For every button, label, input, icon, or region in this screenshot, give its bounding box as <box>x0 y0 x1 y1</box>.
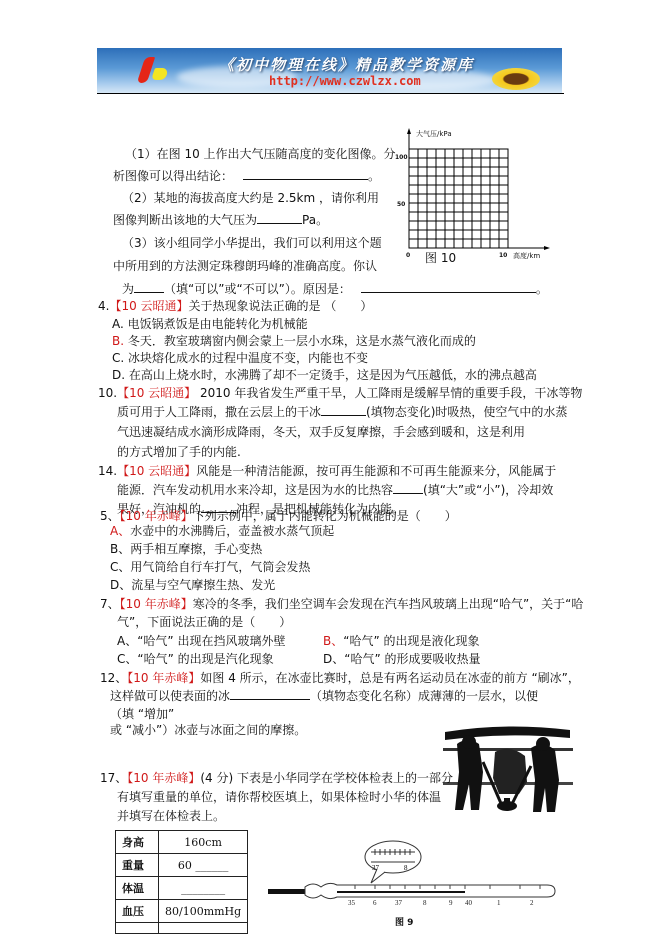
q12-line3: （填 “增加” <box>110 706 174 722</box>
q7-option-b[interactable]: B、“哈气” 的出现是液化现象 <box>323 633 479 649</box>
q17-line3: 并填写在体检表上。 <box>117 808 225 824</box>
q5-option-d[interactable]: D、流星与空气摩擦生热、发光 <box>110 577 275 593</box>
thermometer-icon: 37 8 35 6 37 8 9 40 1 2 <box>265 835 565 935</box>
x-tick-0: 0 <box>406 252 410 259</box>
table-row: 体温 ________ <box>116 877 248 900</box>
sunflower-icon <box>492 68 540 90</box>
table-row: 身高 160cm <box>116 831 248 854</box>
row-value: 160cm <box>159 831 248 854</box>
q4-option-c[interactable]: C. 冰块熔化成水的过程中温度不变，内能也不变 <box>112 350 368 366</box>
answer-blank[interactable] <box>321 404 366 416</box>
q7-source: 【10 年赤峰】 <box>120 597 193 611</box>
q10-line4: 的方式增加了手的内能. <box>117 444 241 460</box>
banner-url[interactable]: http://www.czwlzx.com <box>269 74 421 88</box>
q14-line2: 能源．汽车发动机用水来冷却，这是因为水的比热容(填“大”或“小”)，冷却效 <box>117 482 553 498</box>
q7-option-a[interactable]: A、“哈气” 出现在挡风玻璃外壁 <box>117 633 285 649</box>
q7-line1: 7、【10 年赤峰】寒冷的冬季，我们坐空调车会发现在汽车挡风玻璃上出现“哈气”，… <box>100 596 583 612</box>
chart-grid <box>395 125 560 265</box>
table-row <box>116 923 248 934</box>
q-air-p2-line2: 图像判断出该地的大气压为Pa。 <box>113 212 328 228</box>
q17-line1: 17、【10 年赤峰】(4 分) 下表是小华同学在学校体检表上的一部分 <box>100 770 453 786</box>
table-row: 重量 60 ______ <box>116 854 248 877</box>
q4-stem: 4.【10 云昭通】关于热现象说法正确的是 （ ） <box>98 298 372 314</box>
q4-option-d[interactable]: D. 在高山上烧水时，水沸腾了却不一定烫手，这是因为气压越低，水的沸点越高 <box>112 367 537 383</box>
y-tick-50: 50 <box>397 201 405 208</box>
thermo-label: 37 <box>395 899 403 907</box>
q4-option-b[interactable]: B. 冬天．教室玻璃窗内侧会蒙上一层小水珠，这是水蒸气液化而成的 <box>112 333 476 349</box>
q12-line1: 12、【10 年赤峰】如图 4 所示，在冰壶比赛时，总是有两名运动员在冰壶的前方… <box>100 670 580 686</box>
thermo-label: 40 <box>465 899 473 907</box>
row-label: 身高 <box>116 831 159 854</box>
q-air-p3-line1: （3）该小组同学小华提出，我们可以利用这个题 <box>122 235 382 251</box>
x-tick-10: 10 <box>499 252 507 259</box>
table-row: 血压 80/100mmHg <box>116 900 248 923</box>
q7-option-c[interactable]: C、“哈气” 的出现是汽化现象 <box>117 651 274 667</box>
zoom-label-8: 8 <box>404 864 408 872</box>
q10-source: 【10 云昭通】 <box>117 386 196 400</box>
q5-option-b[interactable]: B、两手相互摩擦，手心变热 <box>110 541 262 557</box>
q-air-p2-line1: （2）某地的海拔高度大约是 2.5km ，请你利用 <box>122 190 379 206</box>
figure-caption: 图 9 <box>395 915 413 928</box>
thermo-label: 8 <box>423 899 427 907</box>
logo-accent-icon <box>151 68 169 80</box>
body-temp-field[interactable]: ________ <box>159 877 248 900</box>
y-axis-label: 大气压/kPa <box>416 129 452 139</box>
q5-option-c[interactable]: C、用气筒给自行车打气，气筒会发热 <box>110 559 310 575</box>
q7-line2: 气”，下面说法正确的是（ ） <box>117 614 291 630</box>
q17-line2: 有填写重量的单位，请你帮校医填上，如果体检时小华的体温 <box>117 789 441 805</box>
q-air-p1-line1: （1）在图 10 上作出大气压随高度的变化图像。分 <box>125 146 396 162</box>
answer-blank[interactable] <box>134 281 164 293</box>
q5-source: 【10 年赤峰】 <box>120 509 193 523</box>
row-value: 80/100mmHg <box>159 900 248 923</box>
curling-photo <box>435 722 573 817</box>
banner-title: 《初中物理在线》精品教学资源库 <box>219 54 474 75</box>
thermometer-figure: 37 8 35 6 37 8 9 40 1 2 图 9 <box>265 835 565 935</box>
site-banner: 《初中物理在线》精品教学资源库 http://www.czwlzx.com <box>97 48 562 93</box>
q12-line4: 或 “减小”）冰壶与冰面之间的摩擦。 <box>110 722 306 738</box>
pressure-height-chart: 大气压/kPa 100 50 0 图 10 10 高度/km <box>395 125 560 265</box>
q7-option-d[interactable]: D、“哈气” 的形成要吸收热量 <box>323 651 481 667</box>
chart-caption: 图 10 <box>425 249 456 266</box>
answer-blank[interactable] <box>243 168 368 180</box>
header-divider <box>97 93 564 94</box>
q10-line1: 10.【10 云昭通】 2010 年我省发生严重干旱，人工降雨是缓解旱情的重要手… <box>98 385 582 401</box>
thermo-label: 6 <box>373 899 377 907</box>
x-axis-label: 高度/km <box>513 251 540 261</box>
weight-unit-field[interactable]: 60 ______ <box>159 854 248 877</box>
health-check-table: 身高 160cm 重量 60 ______ 体温 ________ 血压 80/… <box>115 830 248 934</box>
answer-blank[interactable] <box>393 482 423 494</box>
row-label: 体温 <box>116 877 159 900</box>
q4-source: 【10 云昭通】 <box>109 299 188 313</box>
row-label: 重量 <box>116 854 159 877</box>
thermo-label: 35 <box>348 899 356 907</box>
q10-line2: 质可用于人工降雨，撒在云层上的干冰(填物态变化)时吸热，使空气中的水蒸 <box>117 404 567 420</box>
thermo-label: 2 <box>530 899 534 907</box>
q17-source: 【10 年赤峰】 <box>127 771 200 785</box>
q-air-p3-line2: 中所用到的方法测定珠穆朗玛峰的准确高度。你认 <box>113 258 377 274</box>
q14-source: 【10 云昭通】 <box>117 464 196 478</box>
q14-line1: 14.【10 云昭通】风能是一种清洁能源，按可再生能源和不可再生能源来分，风能属… <box>98 463 556 479</box>
thermo-label: 9 <box>449 899 453 907</box>
q5-option-a[interactable]: A、水壶中的水沸腾后，壶盖被水蒸气顶起 <box>110 523 334 539</box>
thermo-label: 1 <box>497 899 501 907</box>
q10-line3: 气迅速凝结成水滴形成降雨，冬天，双手反复摩擦，手会感到暖和，这是利用 <box>117 424 525 440</box>
q-air-p3-line3: 为（填“可以”或“不可以”）。原因是：。 <box>122 281 548 297</box>
q5-stem-line: 5、【10 年赤峰】下列示例中，属于内能转化为机械能的是（ ） <box>100 508 457 524</box>
row-label: 血压 <box>116 900 159 923</box>
y-tick-100: 100 <box>395 154 408 161</box>
q12-line2: 这样做可以使表面的冰（填物态变化名称）成薄薄的一层水，以便 <box>110 688 538 704</box>
answer-blank[interactable] <box>257 212 302 224</box>
answer-blank[interactable] <box>361 281 536 293</box>
zoom-label-37: 37 <box>372 864 380 872</box>
q4-option-a[interactable]: A. 电饭锅煮饭是由电能转化为机械能 <box>112 316 308 332</box>
q-air-p1-line2: 析图像可以得出结论：。 <box>113 168 380 184</box>
q12-source: 【10 年赤峰】 <box>127 671 200 685</box>
answer-blank[interactable] <box>230 688 310 700</box>
